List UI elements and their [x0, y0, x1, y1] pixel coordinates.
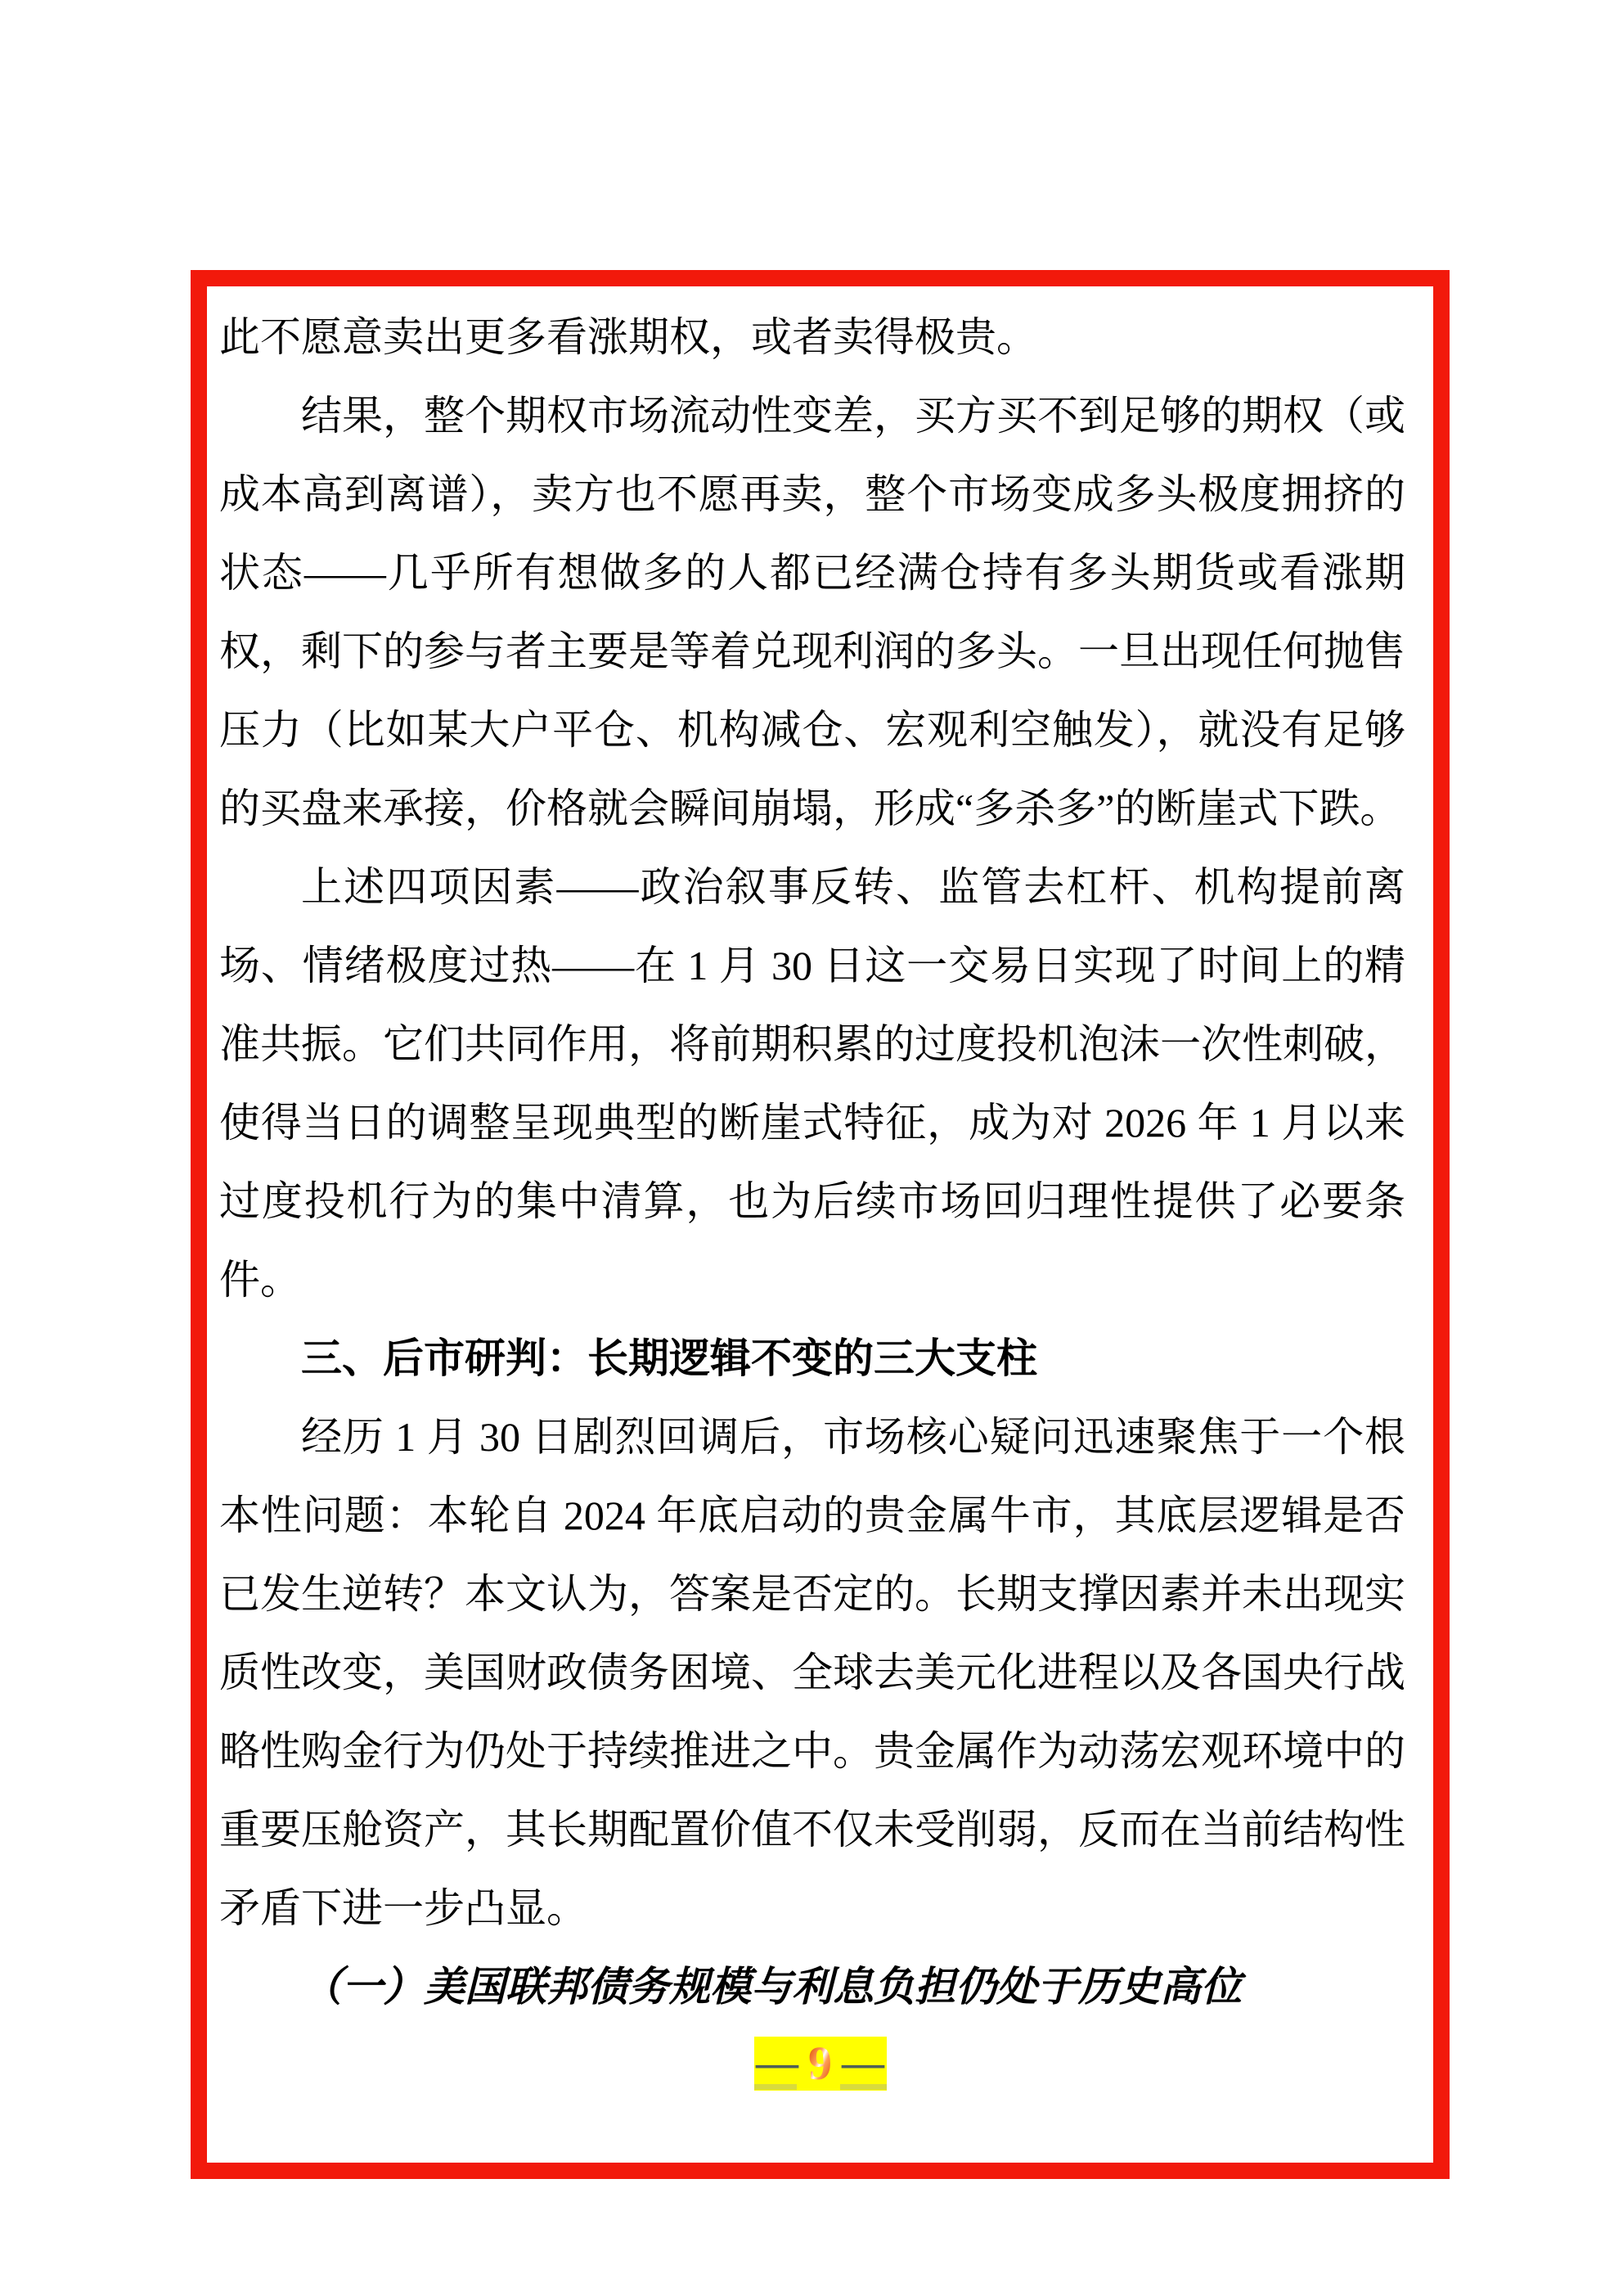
paragraph: 经历 1 月 30 日剧烈回调后，市场核心疑问迅速聚焦于一个根本性问题：本轮自 …: [219, 1398, 1405, 1947]
footer-dash-right: —: [842, 2037, 884, 2091]
page-footer: — 9 —: [754, 2037, 887, 2091]
section-heading: 三、后市研判：长期逻辑不变的三大支柱: [219, 1319, 1405, 1398]
footer-underline-right: [840, 2084, 887, 2090]
paragraph: 结果，整个期权市场流动性变差，买方买不到足够的期权（或成本高到离谱），卖方也不愿…: [219, 376, 1405, 848]
paragraph-continuation: 此不愿意卖出更多看涨期权，或者卖得极贵。: [219, 298, 1405, 376]
document-page: 此不愿意卖出更多看涨期权，或者卖得极贵。 结果，整个期权市场流动性变差，买方买不…: [0, 0, 1623, 2296]
footer-dash-left: —: [756, 2037, 798, 2091]
paragraph: 上述四项因素——政治叙事反转、监管去杠杆、机构提前离场、情绪极度过热——在 1 …: [219, 848, 1405, 1319]
footer-page-number: 9: [808, 2037, 832, 2091]
subsection-heading: （一）美国联邦债务规模与利息负担仍处于历史高位: [219, 1947, 1405, 2026]
footer-underline-left: [754, 2084, 797, 2090]
body-text: 此不愿意卖出更多看涨期权，或者卖得极贵。 结果，整个期权市场流动性变差，买方买不…: [207, 286, 1433, 2026]
document-red-frame: 此不愿意卖出更多看涨期权，或者卖得极贵。 结果，整个期权市场流动性变差，买方买不…: [191, 270, 1450, 2179]
